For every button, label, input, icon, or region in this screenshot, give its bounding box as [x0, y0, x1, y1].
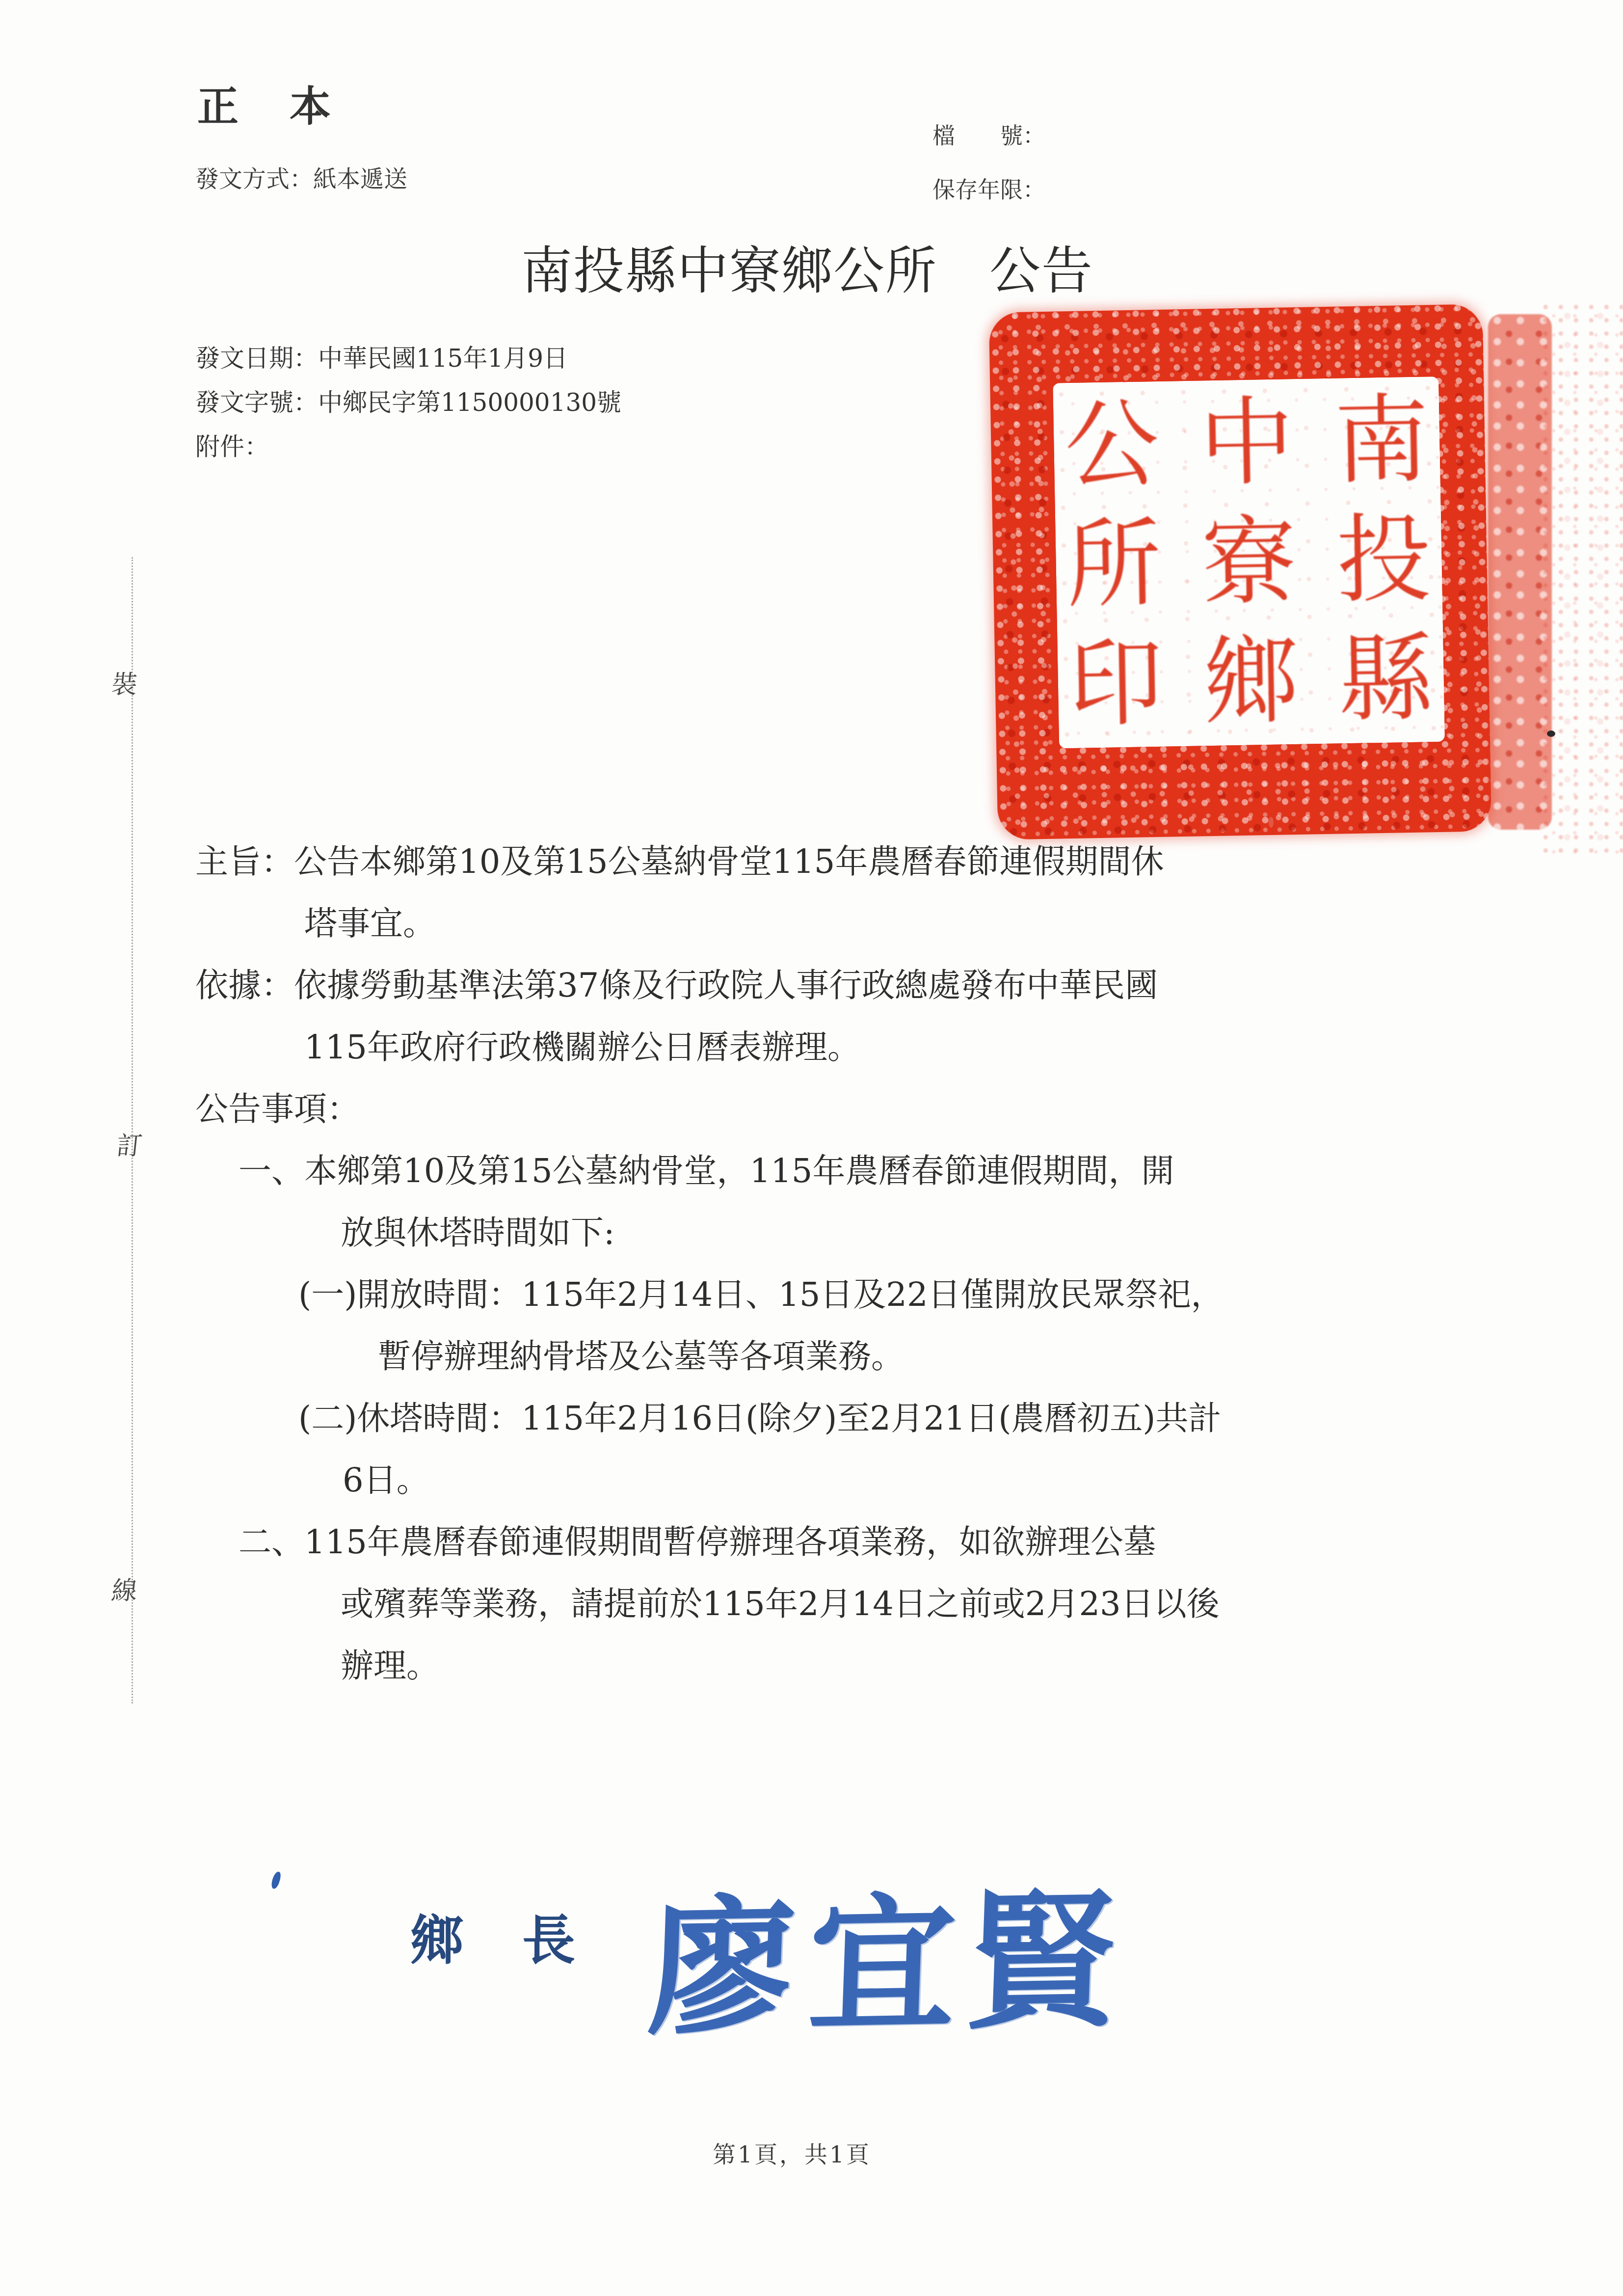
- announcement-body: 主旨：公告本鄉第10及第15公墓納骨堂115年農曆春節連假期間休 塔事宜。 依據…: [195, 831, 1452, 1697]
- basis-line-cont: 115年政府行政機關辦公日曆表辦理。: [304, 1016, 1452, 1078]
- item-2-line-end: 辦理。: [341, 1635, 1452, 1697]
- seal-character: 中: [1198, 383, 1295, 504]
- document-title: 南投縣中寮鄉公所 公告: [521, 230, 1093, 303]
- binding-mark-xian: 線: [110, 1570, 139, 1607]
- item-1-2-line-cont: 6日。: [343, 1449, 1452, 1511]
- subject-line-cont: 塔事宜。: [304, 892, 1452, 954]
- basis-line: 依據：依據勞動基準法第37條及行政院人事行政總處發布中華民國: [195, 954, 1452, 1016]
- seal-character: 鄉: [1203, 621, 1299, 742]
- item-1-2-line: (二)休塔時間：115年2月16日(除夕)至2月21日(農曆初五)共計: [298, 1387, 1452, 1449]
- blue-ink-speck: [270, 1871, 282, 1890]
- binding-mark-zhuang: 裝: [110, 664, 139, 701]
- binding-mark-ding: 訂: [115, 1125, 144, 1162]
- official-announcement-page: 正 本 發文方式：紙本遞送 檔 號： 保存年限： 南投縣中寮鄉公所 公告 發文日…: [0, 0, 1623, 2296]
- mayor-title: 鄉長: [410, 1898, 634, 1974]
- seal-character: 印: [1068, 623, 1164, 744]
- seal-column-middle: 中 寮 鄉: [1198, 383, 1299, 742]
- copy-type-label: 正 本: [197, 74, 336, 133]
- item-1-line: 一、本鄉第10及第15公墓納骨堂，115年農曆春節連假期間，開: [239, 1140, 1452, 1202]
- item-2-line: 二、115年農曆春節連假期間暫停辦理各項業務，如欲辦理公墓: [239, 1511, 1452, 1573]
- document-number-line: 發文字號：中鄉民字第1150000130號: [195, 383, 621, 418]
- item-1-1-line-cont: 暫停辦理納骨塔及公墓等各項業務。: [378, 1325, 1452, 1387]
- item-1-line-cont: 放與休塔時間如下:: [341, 1202, 1452, 1264]
- retention-period-label: 保存年限：: [932, 172, 1045, 204]
- subject-line: 主旨：公告本鄉第10及第15公墓納骨堂115年農曆春節連假期間休: [195, 831, 1452, 892]
- black-ink-speck: [1547, 730, 1555, 737]
- seal-inner-area: 公 所 印 中 寮 鄉 南 投 縣: [1053, 377, 1445, 749]
- attachment-label: 附件：: [195, 427, 269, 462]
- seal-column-left: 公 所 印: [1064, 385, 1164, 744]
- item-1-1-line: (一)開放時間：115年2月14日、15日及22日僅開放民眾祭祀，: [298, 1264, 1452, 1325]
- seal-character: 寮: [1201, 502, 1297, 623]
- official-red-seal: 公 所 印 中 寮 鄉 南 投 縣: [989, 304, 1492, 839]
- mayor-signature: 廖宜賢: [645, 1842, 1133, 2062]
- file-number-label: 檔 號：: [932, 118, 1045, 150]
- seal-ink-residue: [1541, 304, 1623, 854]
- seal-character: 縣: [1338, 619, 1434, 739]
- seal-character: 所: [1066, 504, 1162, 625]
- delivery-method-label: 發文方式：紙本遞送: [195, 160, 407, 194]
- seal-character: 南: [1333, 380, 1430, 501]
- page-number: 第1頁，共1頁: [713, 2136, 871, 2169]
- seal-column-right: 南 投 縣: [1333, 380, 1434, 739]
- red-ink-speck: [1269, 817, 1274, 828]
- seal-character: 投: [1336, 500, 1432, 621]
- matters-heading: 公告事項：: [195, 1078, 1452, 1140]
- item-2-line-cont: 或殯葬等業務，請提前於115年2月14日之前或2月23日以後: [341, 1573, 1452, 1635]
- seal-character: 公: [1064, 385, 1160, 506]
- issue-date-line: 發文日期：中華民國115年1月9日: [195, 339, 568, 374]
